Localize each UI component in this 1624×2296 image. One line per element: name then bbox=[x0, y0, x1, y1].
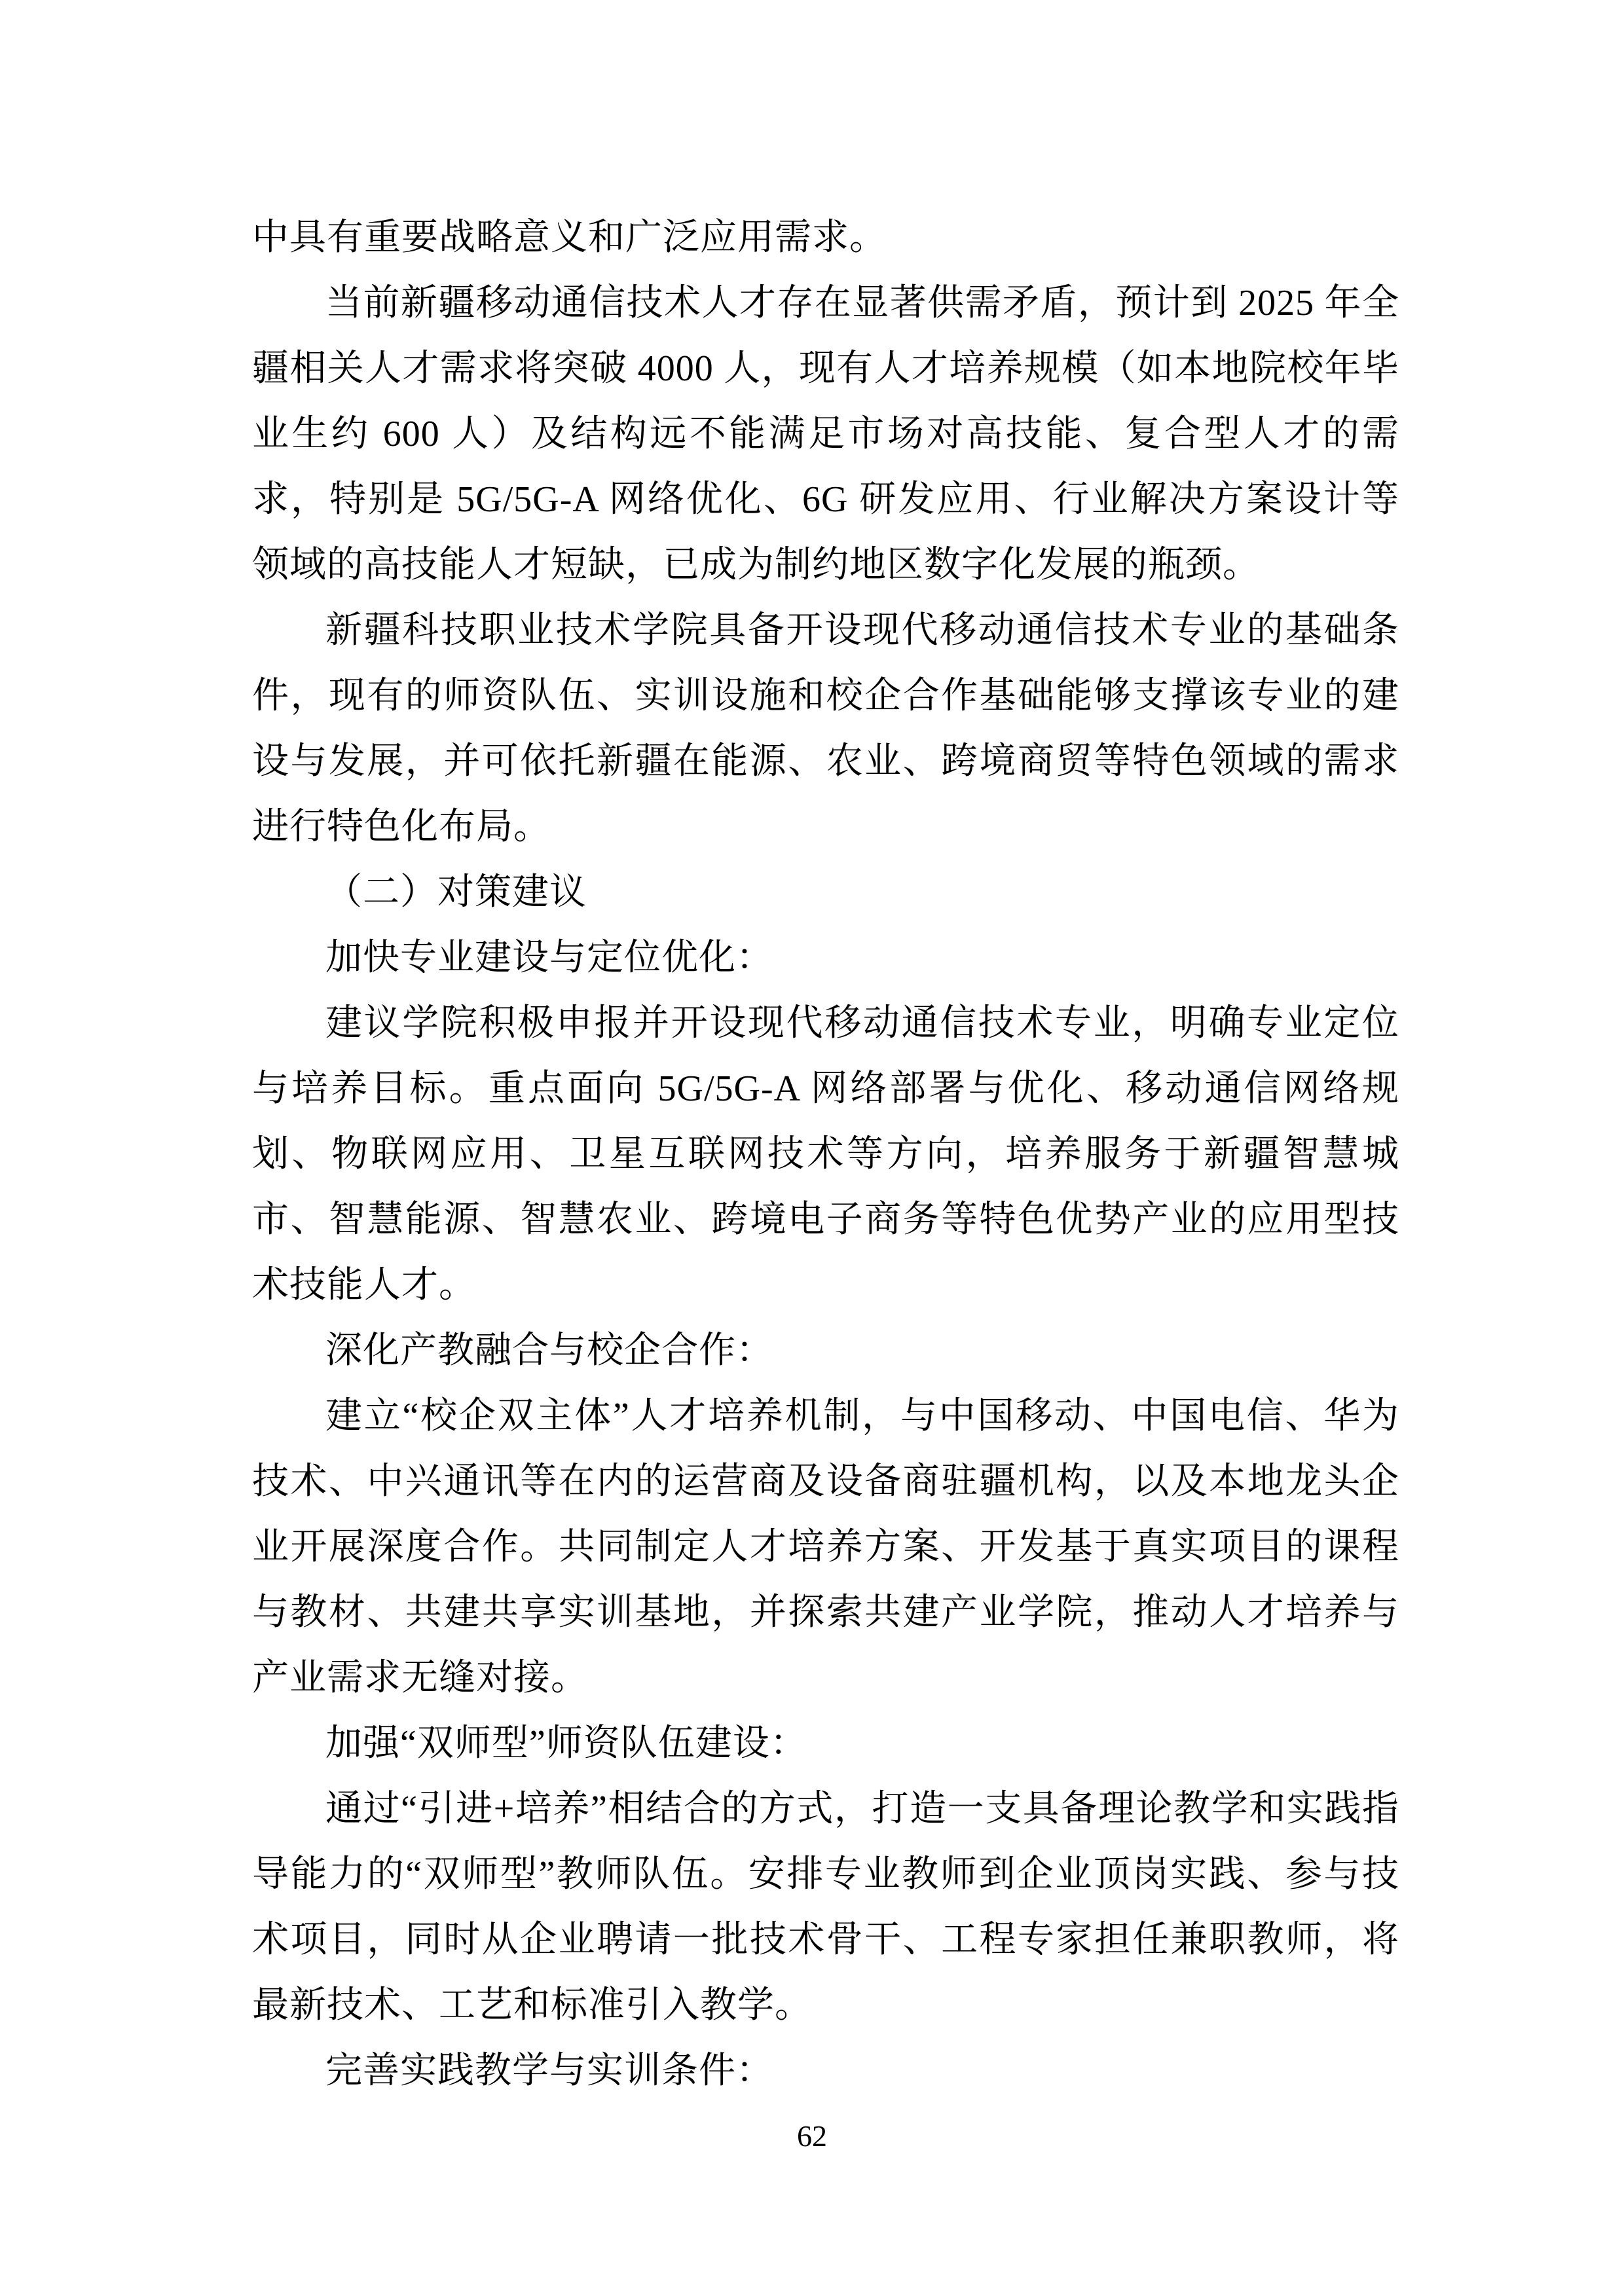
paragraph: 新疆科技职业技术学院具备开设现代移动通信技术专业的基础条件，现有的师资队伍、实训… bbox=[252, 598, 1399, 860]
footer: 62 bbox=[0, 2119, 1624, 2154]
paragraph: 建议学院积极申报并开设现代移动通信技术专业，明确专业定位与培养目标。重点面向 5… bbox=[252, 991, 1399, 1318]
paragraph: 通过“引进+培养”相结合的方式，打造一支具备理论教学和实践指导能力的“双师型”教… bbox=[252, 1776, 1399, 2038]
document-page: 中具有重要战略意义和广泛应用需求。当前新疆移动通信技术人才存在显著供需矛盾，预计… bbox=[0, 0, 1624, 2296]
paragraph: 加快专业建设与定位优化： bbox=[252, 925, 1399, 991]
document-body: 中具有重要战略意义和广泛应用需求。当前新疆移动通信技术人才存在显著供需矛盾，预计… bbox=[252, 205, 1399, 2104]
paragraph: 完善实践教学与实训条件： bbox=[252, 2038, 1399, 2104]
paragraph: 加强“双师型”师资队伍建设： bbox=[252, 1711, 1399, 1776]
paragraph: 中具有重要战略意义和广泛应用需求。 bbox=[252, 205, 1399, 270]
paragraph: 建立“校企双主体”人才培养机制，与中国移动、中国电信、华为技术、中兴通讯等在内的… bbox=[252, 1383, 1399, 1711]
page-number: 62 bbox=[797, 2119, 827, 2153]
paragraph: 当前新疆移动通信技术人才存在显著供需矛盾，预计到 2025 年全疆相关人才需求将… bbox=[252, 270, 1399, 598]
paragraph: （二）对策建议 bbox=[252, 860, 1399, 925]
paragraph: 深化产教融合与校企合作： bbox=[252, 1318, 1399, 1383]
